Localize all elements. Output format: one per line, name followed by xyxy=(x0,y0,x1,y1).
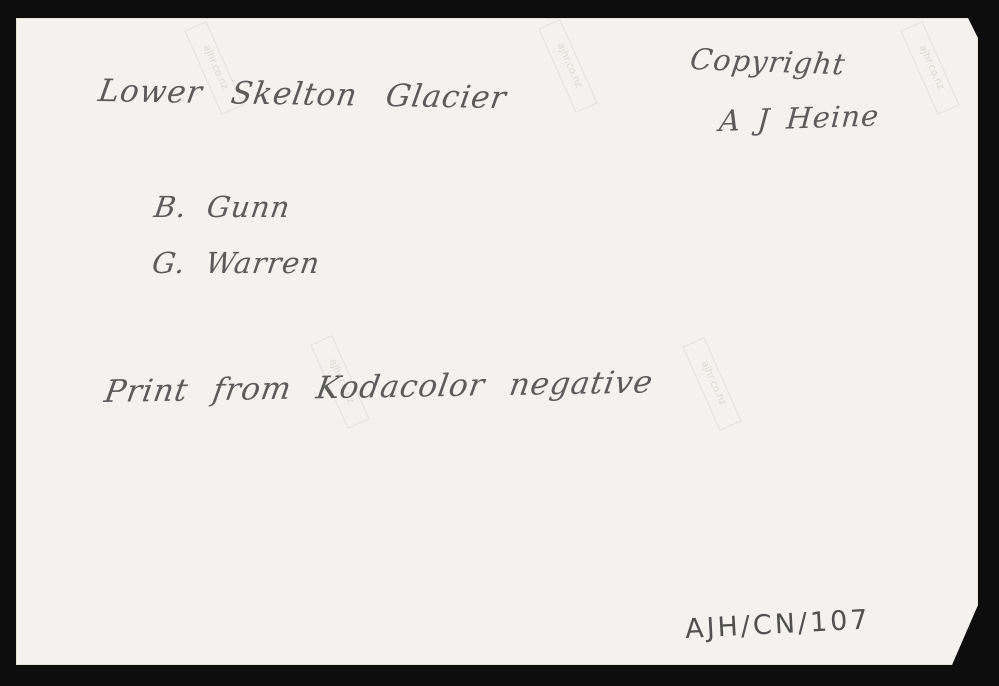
handwritten-copyright-label: Copyright xyxy=(688,42,848,81)
reference-number: AJH/CN/107 xyxy=(684,604,871,645)
handwritten-title: Lower Skelton Glacier xyxy=(96,73,509,116)
handwritten-note: Print from Kodacolor negative xyxy=(102,364,656,410)
watermark-stamp: ajhr.co.nz xyxy=(682,337,741,431)
handwritten-name: G. Warren xyxy=(150,246,322,280)
watermark-stamp: ajhr.co.nz xyxy=(538,19,597,113)
watermark-stamp: ajhr.co.nz xyxy=(900,21,959,115)
handwritten-copyright-holder: A J Heine xyxy=(718,98,880,138)
photo-card-back: ajhr.co.nz ajhr.co.nz ajhr.co.nz ajhr.co… xyxy=(16,18,978,665)
handwritten-name: B. Gunn xyxy=(152,190,293,224)
